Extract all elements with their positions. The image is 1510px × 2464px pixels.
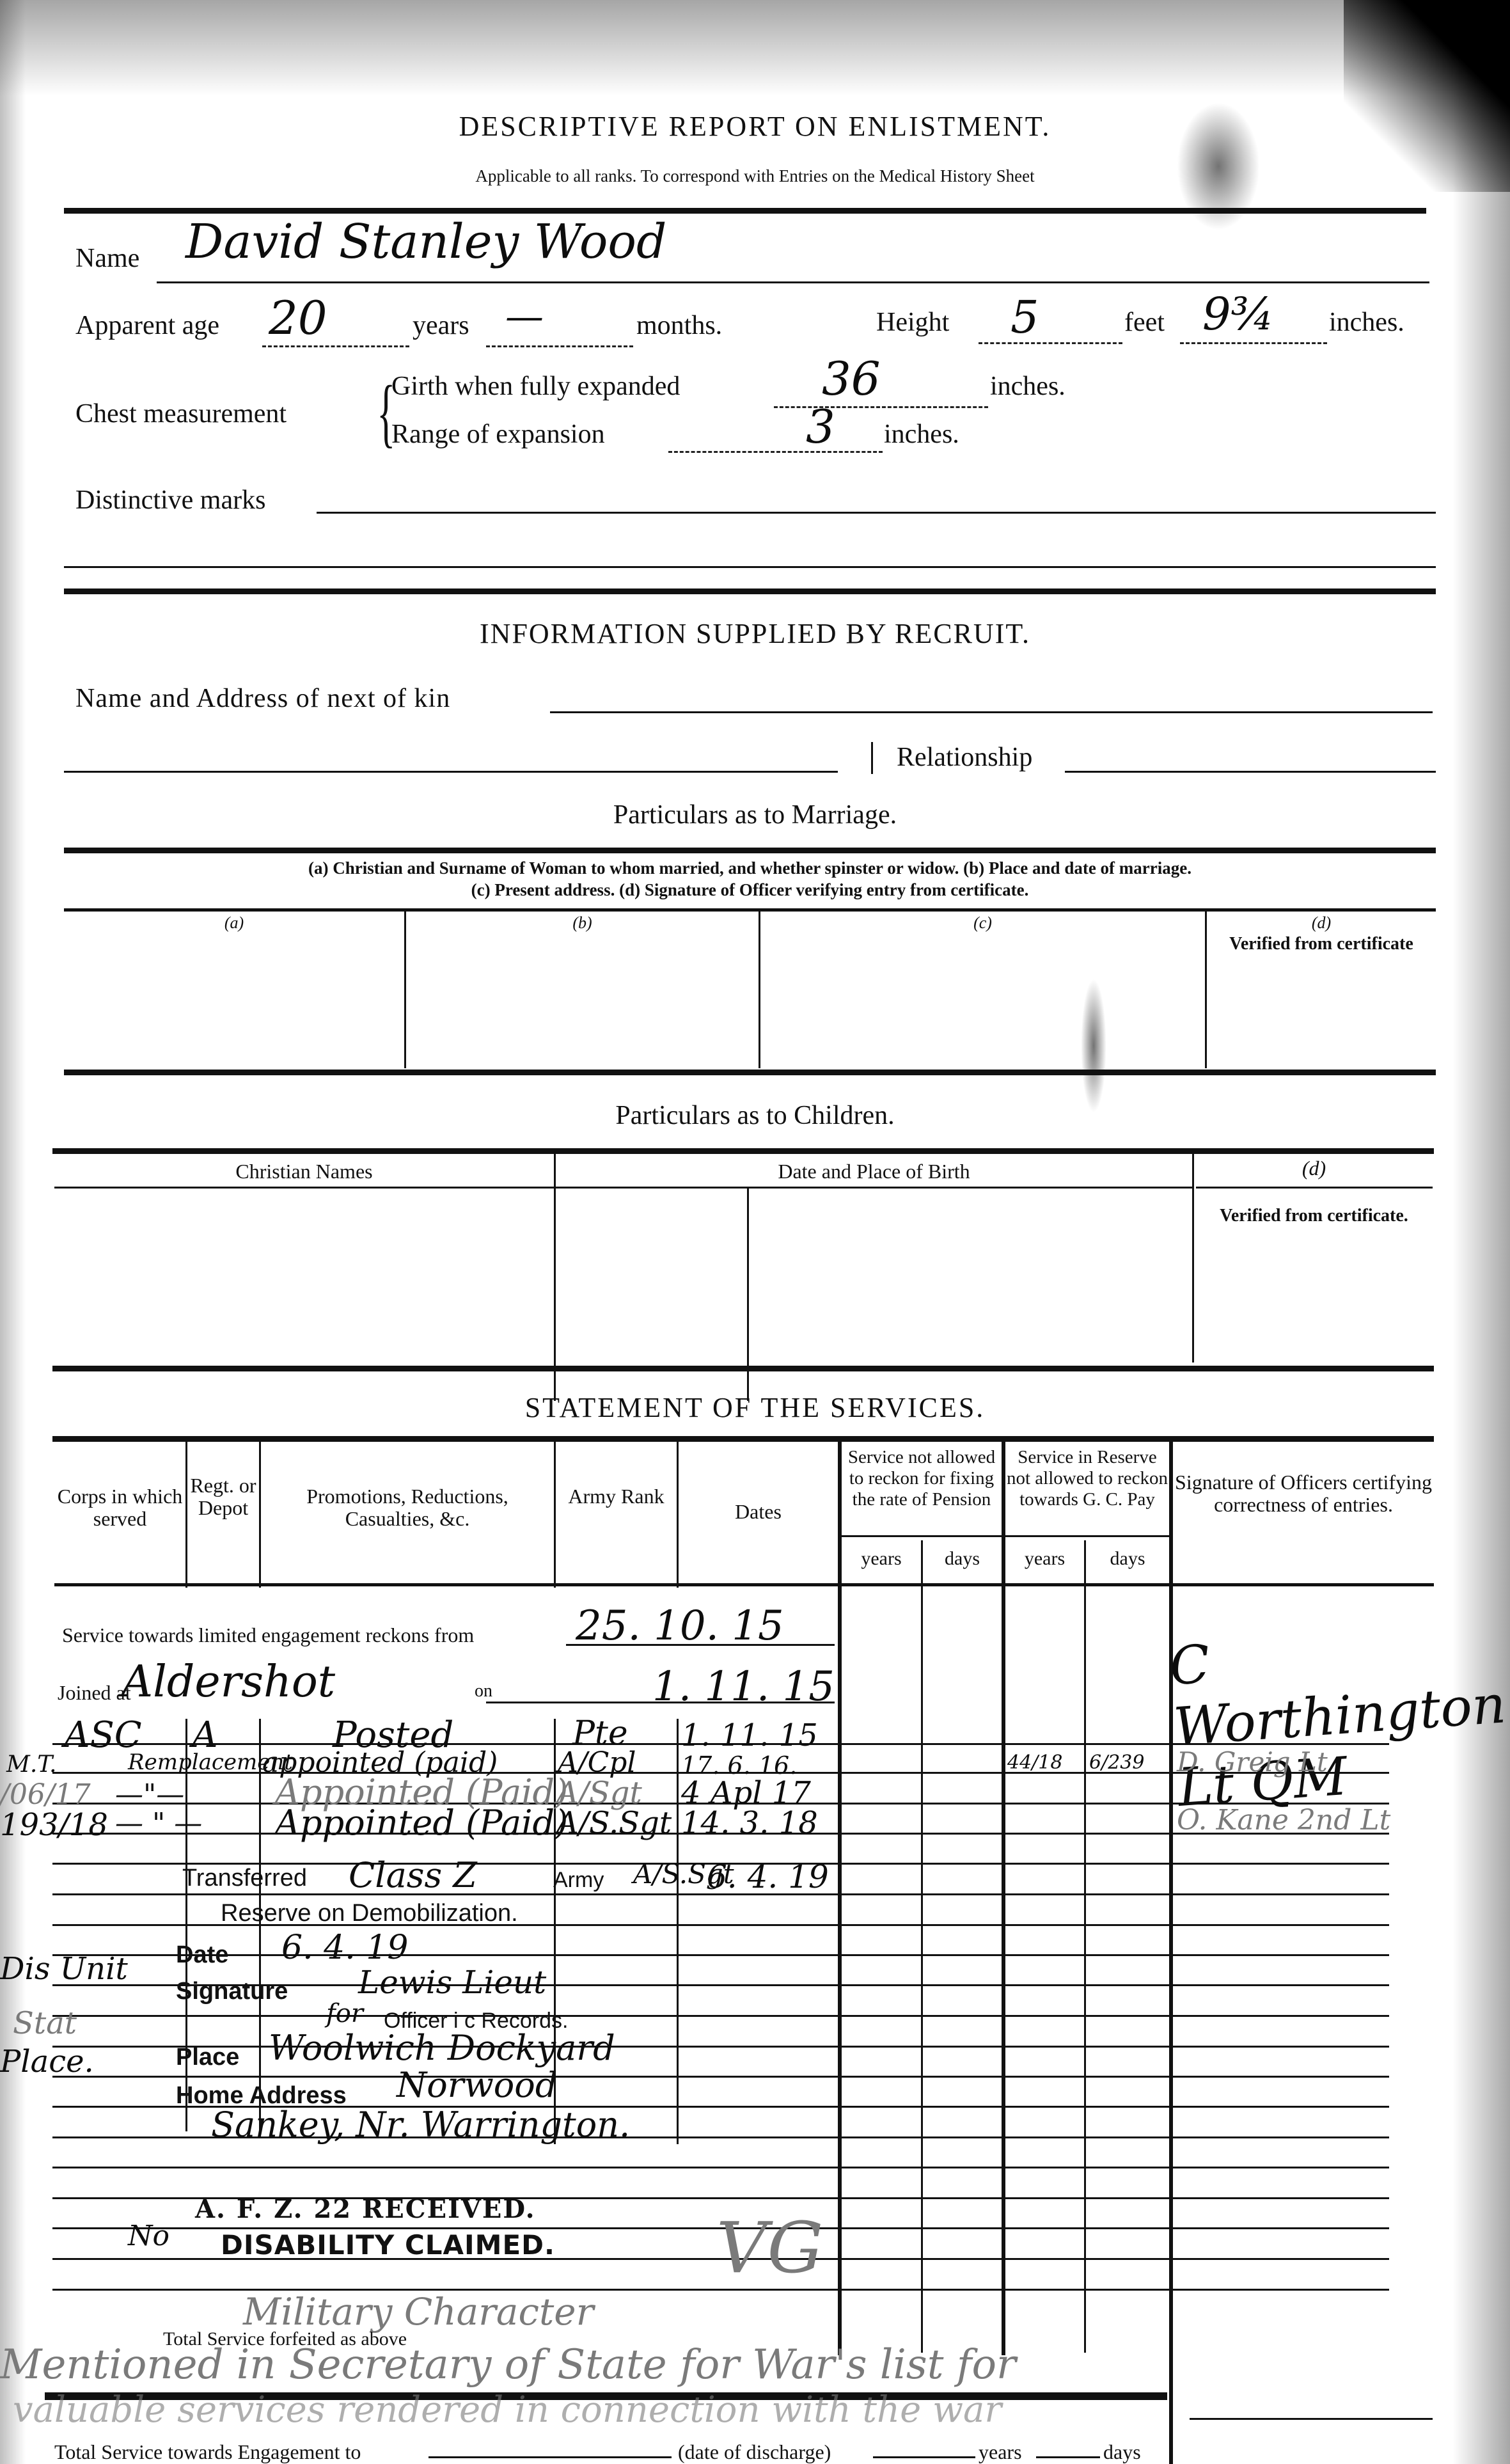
children-col-birth: Date and Place of Birth bbox=[556, 1160, 1192, 1183]
row-line bbox=[52, 2015, 1389, 2017]
col-corps: Corps in which served bbox=[54, 1485, 185, 1530]
margin-note: Dis Unit bbox=[0, 1951, 128, 1987]
signature-worthington: C Worthington Lt QM bbox=[1168, 1613, 1510, 1819]
reckons-value[interactable]: 25. 10. 15 bbox=[576, 1602, 784, 1650]
stamp-date-value[interactable]: 6. 4. 19 bbox=[281, 1929, 408, 1967]
sub-years: years bbox=[842, 1548, 921, 1570]
signature-greig: D. Greig Lt bbox=[1177, 1746, 1328, 1778]
paper-edge-shadow bbox=[0, 0, 1510, 96]
paper-edge-left bbox=[0, 0, 26, 2464]
col-rank: Army Rank bbox=[556, 1485, 677, 1508]
row-line bbox=[52, 2167, 1389, 2168]
reckons-label: Service towards limited engagement recko… bbox=[62, 1623, 474, 1647]
engagement-label: Total Service towards Engagement to bbox=[54, 2440, 361, 2464]
children-heading: Particulars as to Children. bbox=[0, 1100, 1510, 1131]
stamp-home-value-2[interactable]: Sankey, Nr. Warrington. bbox=[211, 2105, 630, 2145]
mention-note-2: valuable services rendered in connection… bbox=[13, 2389, 1002, 2431]
col-regt: Regt. or Depot bbox=[187, 1474, 259, 1519]
joined-on-label: on bbox=[475, 1681, 492, 1702]
row-corps[interactable]: — " — bbox=[115, 1807, 202, 1840]
joined-place[interactable]: Aldershot bbox=[122, 1657, 335, 1707]
document-subtitle: Applicable to all ranks. To correspond w… bbox=[0, 166, 1510, 186]
row-line bbox=[52, 2076, 1389, 2078]
sub-days: days bbox=[1086, 1548, 1169, 1570]
signature-line bbox=[1190, 2418, 1433, 2420]
relationship-label: Relationship bbox=[897, 742, 1032, 773]
age-label: Apparent age bbox=[75, 310, 219, 341]
name-underline bbox=[157, 281, 1429, 283]
recruit-info-heading: INFORMATION SUPPLIED BY RECRUIT. bbox=[0, 617, 1510, 650]
age-months-label: months. bbox=[636, 310, 722, 341]
services-col-line bbox=[259, 1441, 261, 2131]
age-years-label: years bbox=[413, 310, 469, 341]
children-col-names: Christian Names bbox=[54, 1160, 554, 1183]
joined-label: Joined at bbox=[58, 1681, 131, 1705]
discharge-label: (date of discharge) bbox=[678, 2440, 831, 2464]
years-label: years bbox=[979, 2440, 1022, 2464]
services-col-line bbox=[921, 1540, 923, 2353]
divider bbox=[64, 208, 1426, 214]
row-date[interactable]: 14. 3. 18 bbox=[681, 1805, 818, 1841]
reckons-line bbox=[566, 1644, 835, 1646]
marriage-col-divider bbox=[759, 910, 760, 1068]
divider bbox=[64, 1070, 1436, 1075]
paper-edge-right bbox=[1452, 0, 1510, 2464]
row-rank[interactable]: A/Cpl bbox=[558, 1746, 636, 1779]
stamp-date-label: Date bbox=[176, 1941, 228, 1969]
col-service-reserve: Service in Reserve not allowed to reckon… bbox=[1005, 1447, 1169, 1510]
row-margin-note: /06/17 bbox=[0, 1778, 91, 1811]
col-signature: Signature of Officers certifying correct… bbox=[1173, 1471, 1434, 1516]
marriage-verified-note: Verified from certificate bbox=[1207, 934, 1436, 954]
services-col-line bbox=[677, 1441, 679, 2144]
services-col-line bbox=[185, 1441, 187, 2131]
col-promotions: Promotions, Reductions, Casualties, &c. bbox=[261, 1485, 554, 1530]
marriage-instructions-2: (c) Present address. (d) Signature of Of… bbox=[64, 880, 1436, 900]
transfer-date[interactable]: 6. 4. 19 bbox=[707, 1858, 829, 1895]
signature-kane: O. Kane 2nd Lt bbox=[1177, 1804, 1390, 1836]
row-rank[interactable]: A/S.Sgt bbox=[556, 1805, 672, 1841]
col-dates: Dates bbox=[679, 1500, 838, 1524]
document-title: DESCRIPTIVE REPORT ON ENLISTMENT. bbox=[0, 110, 1510, 143]
marriage-col-divider bbox=[404, 910, 406, 1068]
sub-years: years bbox=[1005, 1548, 1084, 1570]
margin-note: Stat bbox=[13, 2005, 77, 2041]
height-inches-line bbox=[1180, 342, 1327, 344]
next-of-kin-label: Name and Address of next of kin bbox=[75, 683, 450, 714]
days-label: days bbox=[1103, 2440, 1141, 2464]
divider bbox=[52, 1148, 1434, 1154]
children-col-d: (d) bbox=[1194, 1157, 1434, 1180]
subheader-line bbox=[1005, 1535, 1169, 1537]
marriage-instructions-1: (a) Christian and Surname of Woman to wh… bbox=[64, 858, 1436, 878]
stamp-signature-label: Signature bbox=[176, 1978, 288, 2005]
divider bbox=[52, 1366, 1434, 1371]
children-header-line bbox=[1196, 1187, 1433, 1189]
marriage-col-d: (d) bbox=[1207, 913, 1436, 933]
row-margin-note: 193/18 bbox=[0, 1807, 108, 1843]
row-line bbox=[52, 2046, 1389, 2048]
marks-label: Distinctive marks bbox=[75, 485, 265, 516]
children-header-line bbox=[54, 1187, 1193, 1189]
transfer-reserve: Reserve on Demobilization. bbox=[221, 1900, 518, 1927]
transfer-army-label: Army bbox=[553, 1868, 604, 1893]
next-of-kin-line bbox=[550, 711, 1433, 713]
joined-line bbox=[486, 1702, 835, 1703]
relationship-line bbox=[1065, 771, 1436, 773]
range-label: Range of expansion bbox=[391, 419, 605, 450]
name-label: Name bbox=[75, 243, 139, 274]
height-feet-value[interactable]: 5 bbox=[1011, 291, 1039, 344]
age-years-line bbox=[262, 345, 409, 347]
marriage-table-top bbox=[64, 908, 1436, 912]
height-feet-line bbox=[979, 342, 1122, 344]
divider bbox=[64, 848, 1436, 853]
height-label: Height bbox=[876, 307, 949, 338]
row-date[interactable]: 1. 11. 15 bbox=[681, 1718, 818, 1753]
marks-line-2 bbox=[64, 566, 1436, 568]
marks-line-1 bbox=[317, 512, 1436, 514]
stamp-for-note: for bbox=[326, 1999, 363, 2028]
chest-label: Chest measurement bbox=[75, 399, 287, 429]
marriage-heading: Particulars as to Marriage. bbox=[0, 800, 1510, 830]
height-feet-label: feet bbox=[1124, 307, 1165, 338]
margin-note: No bbox=[128, 2220, 169, 2252]
stamp-home-value-1[interactable]: Norwood bbox=[397, 2065, 557, 2105]
row-margin-note: M.T. bbox=[6, 1751, 56, 1778]
character-note: Military Character bbox=[243, 2290, 594, 2334]
age-years-value[interactable]: 20 bbox=[269, 291, 327, 345]
services-heading: STATEMENT OF THE SERVICES. bbox=[0, 1391, 1510, 1424]
children-verified-note: Verified from certificate. bbox=[1194, 1206, 1434, 1226]
marriage-col-c: (c) bbox=[760, 913, 1205, 933]
next-of-kin-line-2 bbox=[64, 771, 838, 773]
divider bbox=[64, 588, 1436, 594]
sub-days: days bbox=[923, 1548, 1002, 1570]
services-col-line bbox=[838, 1441, 842, 2355]
subheader-line bbox=[842, 1535, 1002, 1537]
services-header-bottom bbox=[54, 1583, 1434, 1586]
separator bbox=[871, 742, 873, 774]
mention-note: Mentioned in Secretary of State for War'… bbox=[0, 2341, 1016, 2389]
range-unit: inches. bbox=[884, 419, 959, 450]
row-line bbox=[52, 1954, 1389, 1956]
years-line bbox=[873, 2456, 975, 2458]
margin-note: Place. bbox=[0, 2044, 94, 2080]
row-promotion[interactable]: Appointed (Paid) bbox=[275, 1803, 568, 1843]
girth-value[interactable]: 36 bbox=[822, 352, 881, 406]
age-months-line bbox=[486, 345, 633, 347]
initials: VG bbox=[716, 2207, 823, 2289]
name-value[interactable]: David Stanley Wood bbox=[185, 214, 666, 269]
row-reserve-days[interactable]: 6/239 bbox=[1089, 1751, 1144, 1774]
marriage-col-b: (b) bbox=[406, 913, 759, 933]
row-corps[interactable]: —"— bbox=[115, 1778, 184, 1811]
range-value[interactable]: 3 bbox=[806, 400, 835, 454]
girth-unit: inches. bbox=[990, 371, 1066, 402]
height-inches-label: inches. bbox=[1329, 307, 1404, 338]
row-reserve-years[interactable]: 44/18 bbox=[1007, 1751, 1062, 1774]
girth-label: Girth when fully expanded bbox=[391, 371, 680, 402]
stamp-place-label: Place bbox=[176, 2044, 239, 2071]
col-service-pension: Service not allowed to reckon for fixing… bbox=[842, 1447, 1002, 1510]
age-months-value[interactable]: — bbox=[505, 294, 544, 339]
transfer-label: Transferred bbox=[182, 1865, 307, 1892]
services-col-line bbox=[1084, 1540, 1086, 2353]
stamp-signature-value[interactable]: Lewis Lieut bbox=[358, 1964, 546, 2001]
days-line bbox=[1036, 2456, 1100, 2458]
range-line bbox=[668, 451, 883, 453]
stamp-place-value[interactable]: Woolwich Dockyard bbox=[269, 2028, 615, 2068]
services-col-line bbox=[1002, 1441, 1005, 2355]
height-inches-value[interactable]: 9¾ bbox=[1202, 288, 1274, 340]
services-col-line bbox=[1169, 1441, 1173, 2464]
disability-stamp: DISABILITY CLAIMED. bbox=[221, 2229, 555, 2261]
afz-stamp: A. F. Z. 22 RECEIVED. bbox=[195, 2194, 536, 2224]
marriage-col-a: (a) bbox=[64, 913, 404, 933]
transfer-class[interactable]: Class Z bbox=[349, 1855, 477, 1895]
children-col-divider bbox=[554, 1151, 556, 1401]
engagement-line bbox=[429, 2456, 672, 2458]
children-col-divider bbox=[1192, 1151, 1194, 1362]
ink-stroke bbox=[1081, 979, 1106, 1113]
